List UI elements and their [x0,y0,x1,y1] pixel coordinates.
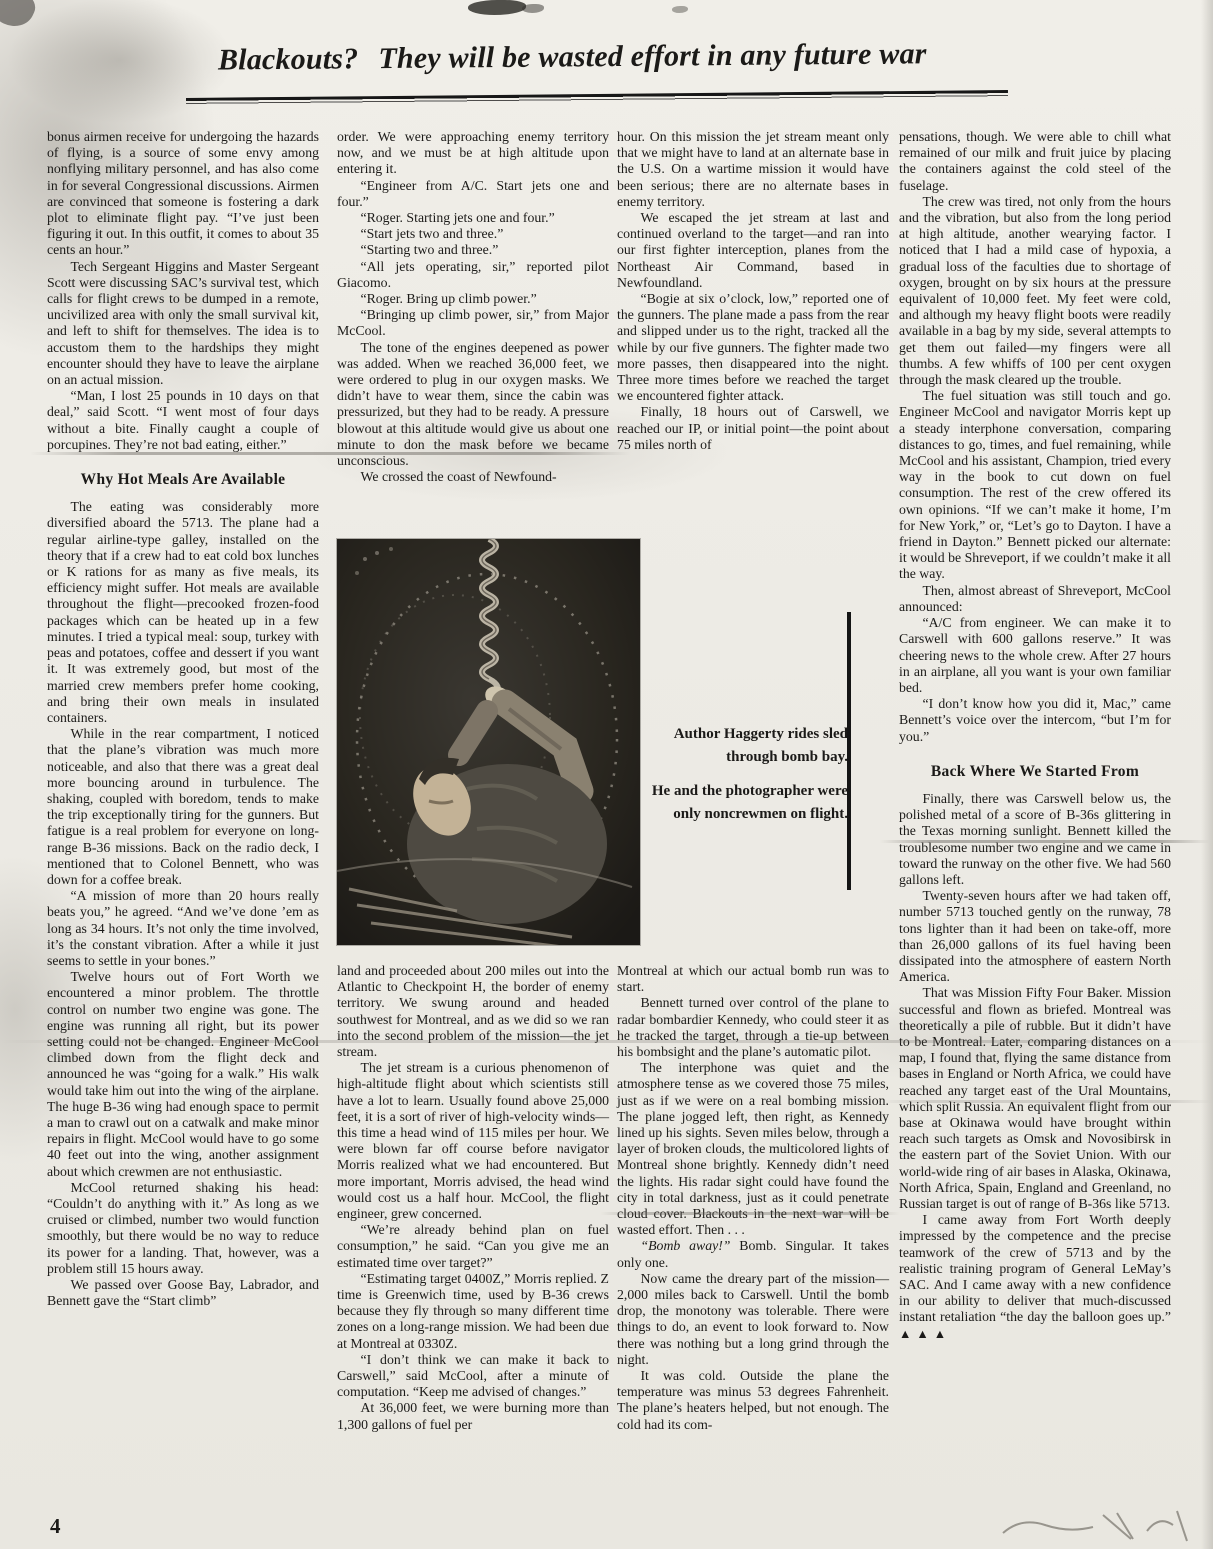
article-paragraph: “Roger. Bring up climb power.” [337,291,609,307]
article-paragraph: I came away from Fort Worth deeply impre… [899,1212,1171,1342]
article-paragraph: “I don’t know how you did it, Mac,” came… [899,696,1171,745]
section-heading-hot-meals: Why Hot Meals Are Available [47,472,319,488]
article-paragraph: We escaped the jet stream at last and co… [617,210,889,291]
article-paragraph: “Roger. Starting jets one and four.” [337,210,609,226]
photo-caption: Author Haggerty rides sled through bomb … [646,723,848,825]
column-3-lower: Montreal at which our actual bomb run wa… [617,963,889,1433]
paper-edge-shadow [1201,0,1213,1549]
article-paragraph: Then, almost abreast of Shreveport, McCo… [899,583,1171,615]
article-paragraph: That was Mission Fifty Four Baker. Missi… [899,985,1171,1212]
article-paragraph: The interphone was quiet and the atmosph… [617,1060,889,1238]
article-paragraph: “Bomb away!” Bomb. Singular. It takes on… [617,1238,889,1270]
pencil-marking [995,1503,1205,1547]
ink-spot [468,0,526,15]
column-2-upper: order. We were approaching enemy territo… [337,129,609,485]
article-paragraph: “Man, I lost 25 pounds in 10 days on tha… [47,388,319,453]
end-of-article-triangles: ▲▲▲ [899,1327,951,1341]
article-paragraph: “Bringing up climb power, sir,” from Maj… [337,307,609,339]
article-paragraph: Tech Sergeant Higgins and Master Sergean… [47,259,319,389]
article-paragraph: “We’re already behind plan on fuel consu… [337,1222,609,1271]
article-paragraph: McCool returned shaking his head: “Could… [47,1180,319,1277]
article-paragraph: “Start jets two and three.” [337,226,609,242]
headline-rule [186,90,1008,105]
photo-caption-line: Author Haggerty rides sled through bomb … [646,723,848,768]
article-paragraph: The eating was considerably more diversi… [47,499,319,726]
article-paragraph: “All jets operating, sir,” reported pilo… [337,259,609,291]
article-paragraph: The tone of the engines deepened as powe… [337,340,609,470]
bomb-bay-photo [337,539,640,945]
article-paragraph: While in the rear compartment, I noticed… [47,726,319,888]
headline-statement: They will be wasted effort in any future… [378,37,927,75]
newspaper-page: Blackouts?They will be wasted effort in … [0,0,1213,1549]
article-paragraph: order. We were approaching enemy territo… [337,129,609,178]
article-paragraph: Twenty-seven hours after we had taken of… [899,888,1171,985]
photo-caption-line: He and the photographer were only noncre… [646,780,848,825]
article-paragraph: The crew was tired, not only from the ho… [899,194,1171,388]
article-paragraph: “Bogie at six o’clock, low,” reported on… [617,291,889,404]
article-paragraph: “Engineer from A/C. Start jets one and f… [337,178,609,210]
article-paragraph: “A/C from engineer. We can make it to Ca… [899,615,1171,696]
column-2-lower: land and proceeded about 200 miles out i… [337,963,609,1433]
section-heading-back-where: Back Where We Started From [899,764,1171,780]
article-paragraph: Twelve hours out of Fort Worth we encoun… [47,969,319,1180]
article-paragraph: Finally, there was Carswell below us, th… [899,791,1171,888]
ink-spot [0,0,40,33]
article-paragraph: The jet stream is a curious phenomenon o… [337,1060,609,1222]
article-paragraph: “A mission of more than 20 hours really … [47,888,319,969]
article-paragraph: land and proceeded about 200 miles out i… [337,963,609,1060]
column-3-upper: hour. On this mission the jet stream mea… [617,129,889,453]
article-paragraph: Now came the dreary part of the mission—… [617,1271,889,1368]
caption-divider-rule [847,612,851,890]
page-number: 4 [50,1514,61,1539]
article-paragraph: Bennett turned over control of the plane… [617,995,889,1060]
headline: Blackouts?They will be wasted effort in … [218,37,1018,78]
bomb-bay-photo-graphic [337,539,640,945]
ink-spot [672,6,688,13]
bomb-away-exclamation: “Bomb away!” [640,1238,730,1253]
article-paragraph: “Starting two and three.” [337,242,609,258]
headline-question: Blackouts? [218,42,359,76]
article-paragraph: It was cold. Outside the plane the tempe… [617,1368,889,1433]
article-paragraph: “Estimating target 0400Z,” Morris replie… [337,1271,609,1352]
column-1: bonus airmen receive for undergoing the … [47,129,319,1309]
article-paragraph: “I don’t think we can make it back to Ca… [337,1352,609,1401]
article-paragraph: The fuel situation was still touch and g… [899,388,1171,582]
article-paragraph: We crossed the coast of Newfound- [337,469,609,485]
article-paragraph: bonus airmen receive for undergoing the … [47,129,319,259]
column-4: pensations, though. We were able to chil… [899,129,1171,1342]
article-paragraph: We passed over Goose Bay, Labrador, and … [47,1277,319,1309]
article-paragraph: hour. On this mission the jet stream mea… [617,129,889,210]
article-paragraph: Montreal at which our actual bomb run wa… [617,963,889,995]
article-paragraph: Finally, 18 hours out of Carswell, we re… [617,404,889,453]
ink-spot [522,4,544,13]
article-paragraph: At 36,000 feet, we were burning more tha… [337,1400,609,1432]
article-paragraph: pensations, though. We were able to chil… [899,129,1171,194]
